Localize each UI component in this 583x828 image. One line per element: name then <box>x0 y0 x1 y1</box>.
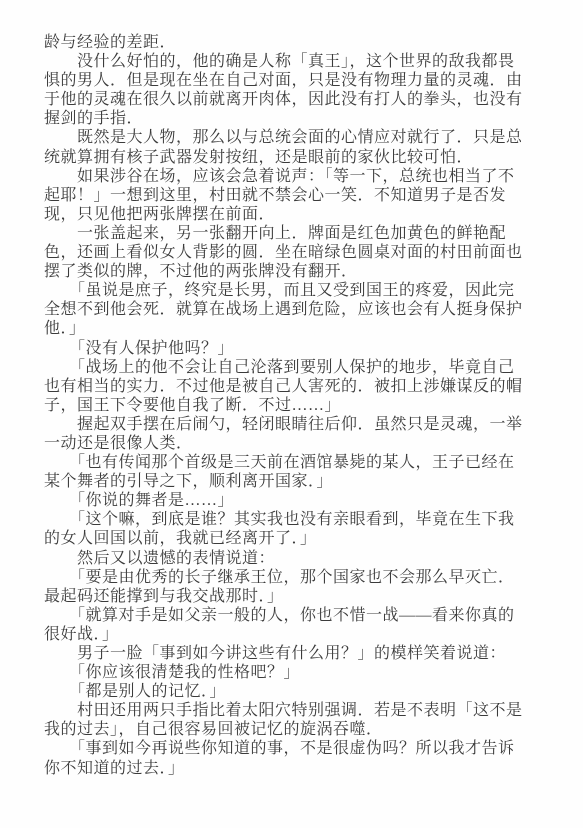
text-line: 「你应该很清楚我的性格吧？」 <box>44 663 549 682</box>
text-line: 「没有人保护他吗？」 <box>44 339 549 358</box>
text-line: 现，只见他把两张牌摆在前面． <box>44 205 549 224</box>
text-line: 没什么好怕的，他的确是人称「真王」，这个世界的敌我都畏 <box>44 52 549 71</box>
text-line: 「要是由优秀的长子继承王位，那个国家也不会那么早灭亡． <box>44 568 549 587</box>
text-line: 惧的男人．但是现在坐在自己对面，只是没有物理力量的灵魂．由 <box>44 71 549 90</box>
text-line: 「战场上的他不会让自己沦落到要别人保护的地步，毕竟自己 <box>44 358 549 377</box>
text-line: 色，还画上看似女人背影的圆．坐在暗绿色圆桌对面的村田前面也 <box>44 243 549 262</box>
text-line: 「你说的舞者是……」 <box>44 491 549 510</box>
text-line: 摆了类似的牌，不过他的两张牌没有翻开． <box>44 262 549 281</box>
text-line: 起耶！」一想到这里，村田就不禁会心一笑．不知道男子是否发 <box>44 186 549 205</box>
text-line: 你不知道的过去．」 <box>44 759 549 778</box>
text-line: 统就算拥有核子武器发射按纽，还是眼前的家伙比较可怕． <box>44 148 549 167</box>
text-line: 也有相当的实力．不过他是被自己人害死的．被扣上涉嫌谋反的帽 <box>44 377 549 396</box>
text-line: 「这个嘛，到底是谁？其实我也没有亲眼看到，毕竟在生下我 <box>44 510 549 529</box>
text-line: 一动还是很像人类． <box>44 434 549 453</box>
text-block: 龄与经验的差距． 没什么好怕的，他的确是人称「真王」，这个世界的敌我都畏惧的男人… <box>44 33 549 778</box>
text-line: 「都是别人的记忆．」 <box>44 682 549 701</box>
text-line: 然后又以遗憾的表情说道： <box>44 549 549 568</box>
text-line: 「事到如今再说些你知道的事，不是很虚伪吗？所以我才告诉 <box>44 739 549 758</box>
novel-page: 龄与经验的差距． 没什么好怕的，他的确是人称「真王」，这个世界的敌我都畏惧的男人… <box>0 0 583 828</box>
text-line: 全想不到他会死．就算在战场上遇到危险，应该也会有人挺身保护 <box>44 300 549 319</box>
text-line: 子，国王下令要他自我了断．不过……」 <box>44 396 549 415</box>
text-line: 如果涉谷在场，应该会急着说声：「等一下，总统也相当了不 <box>44 167 549 186</box>
text-line: 握起双手摆在后闹勺，轻闭眼睛往后仰．虽然只是灵魂，一举 <box>44 415 549 434</box>
text-line: 既然是大人物，那么以与总统会面的心情应对就行了．只是总 <box>44 128 549 147</box>
text-line: 「就算对手是如父亲一般的人，你也不惜一战——看来你真的 <box>44 606 549 625</box>
text-line: 很好战．」 <box>44 625 549 644</box>
text-line: 「虽说是庶子，终究是长男，而且又受到国王的疼爱，因此完 <box>44 281 549 300</box>
text-line: 握剑的手指． <box>44 109 549 128</box>
text-line: 龄与经验的差距． <box>44 33 549 52</box>
text-line: 我的过去」，自己很容易回被记忆的旋涡吞噬． <box>44 720 549 739</box>
text-line: 最起码还能撑到与我交战那时．」 <box>44 587 549 606</box>
text-line: 于他的灵魂在很久以前就离开肉体，因此没有打人的拳头，也没有 <box>44 90 549 109</box>
text-line: 「也有传闻那个首级是三天前在酒馆暴毙的某人，王子已经在 <box>44 453 549 472</box>
text-line: 他．」 <box>44 319 549 338</box>
text-line: 某个舞者的引导之下，顺利离开国家．」 <box>44 472 549 491</box>
text-line: 一张盖起来，另一张翻开向上．牌面是红色加黄色的鲜艳配 <box>44 224 549 243</box>
text-line: 的女人回国以前，我就已经离开了．」 <box>44 529 549 548</box>
text-line: 男子一脸「事到如今讲这些有什么用？」的模样笑着说道： <box>44 644 549 663</box>
text-line: 村田还用两只手指比着太阳穴特别强调．若是不表明「这不是 <box>44 701 549 720</box>
